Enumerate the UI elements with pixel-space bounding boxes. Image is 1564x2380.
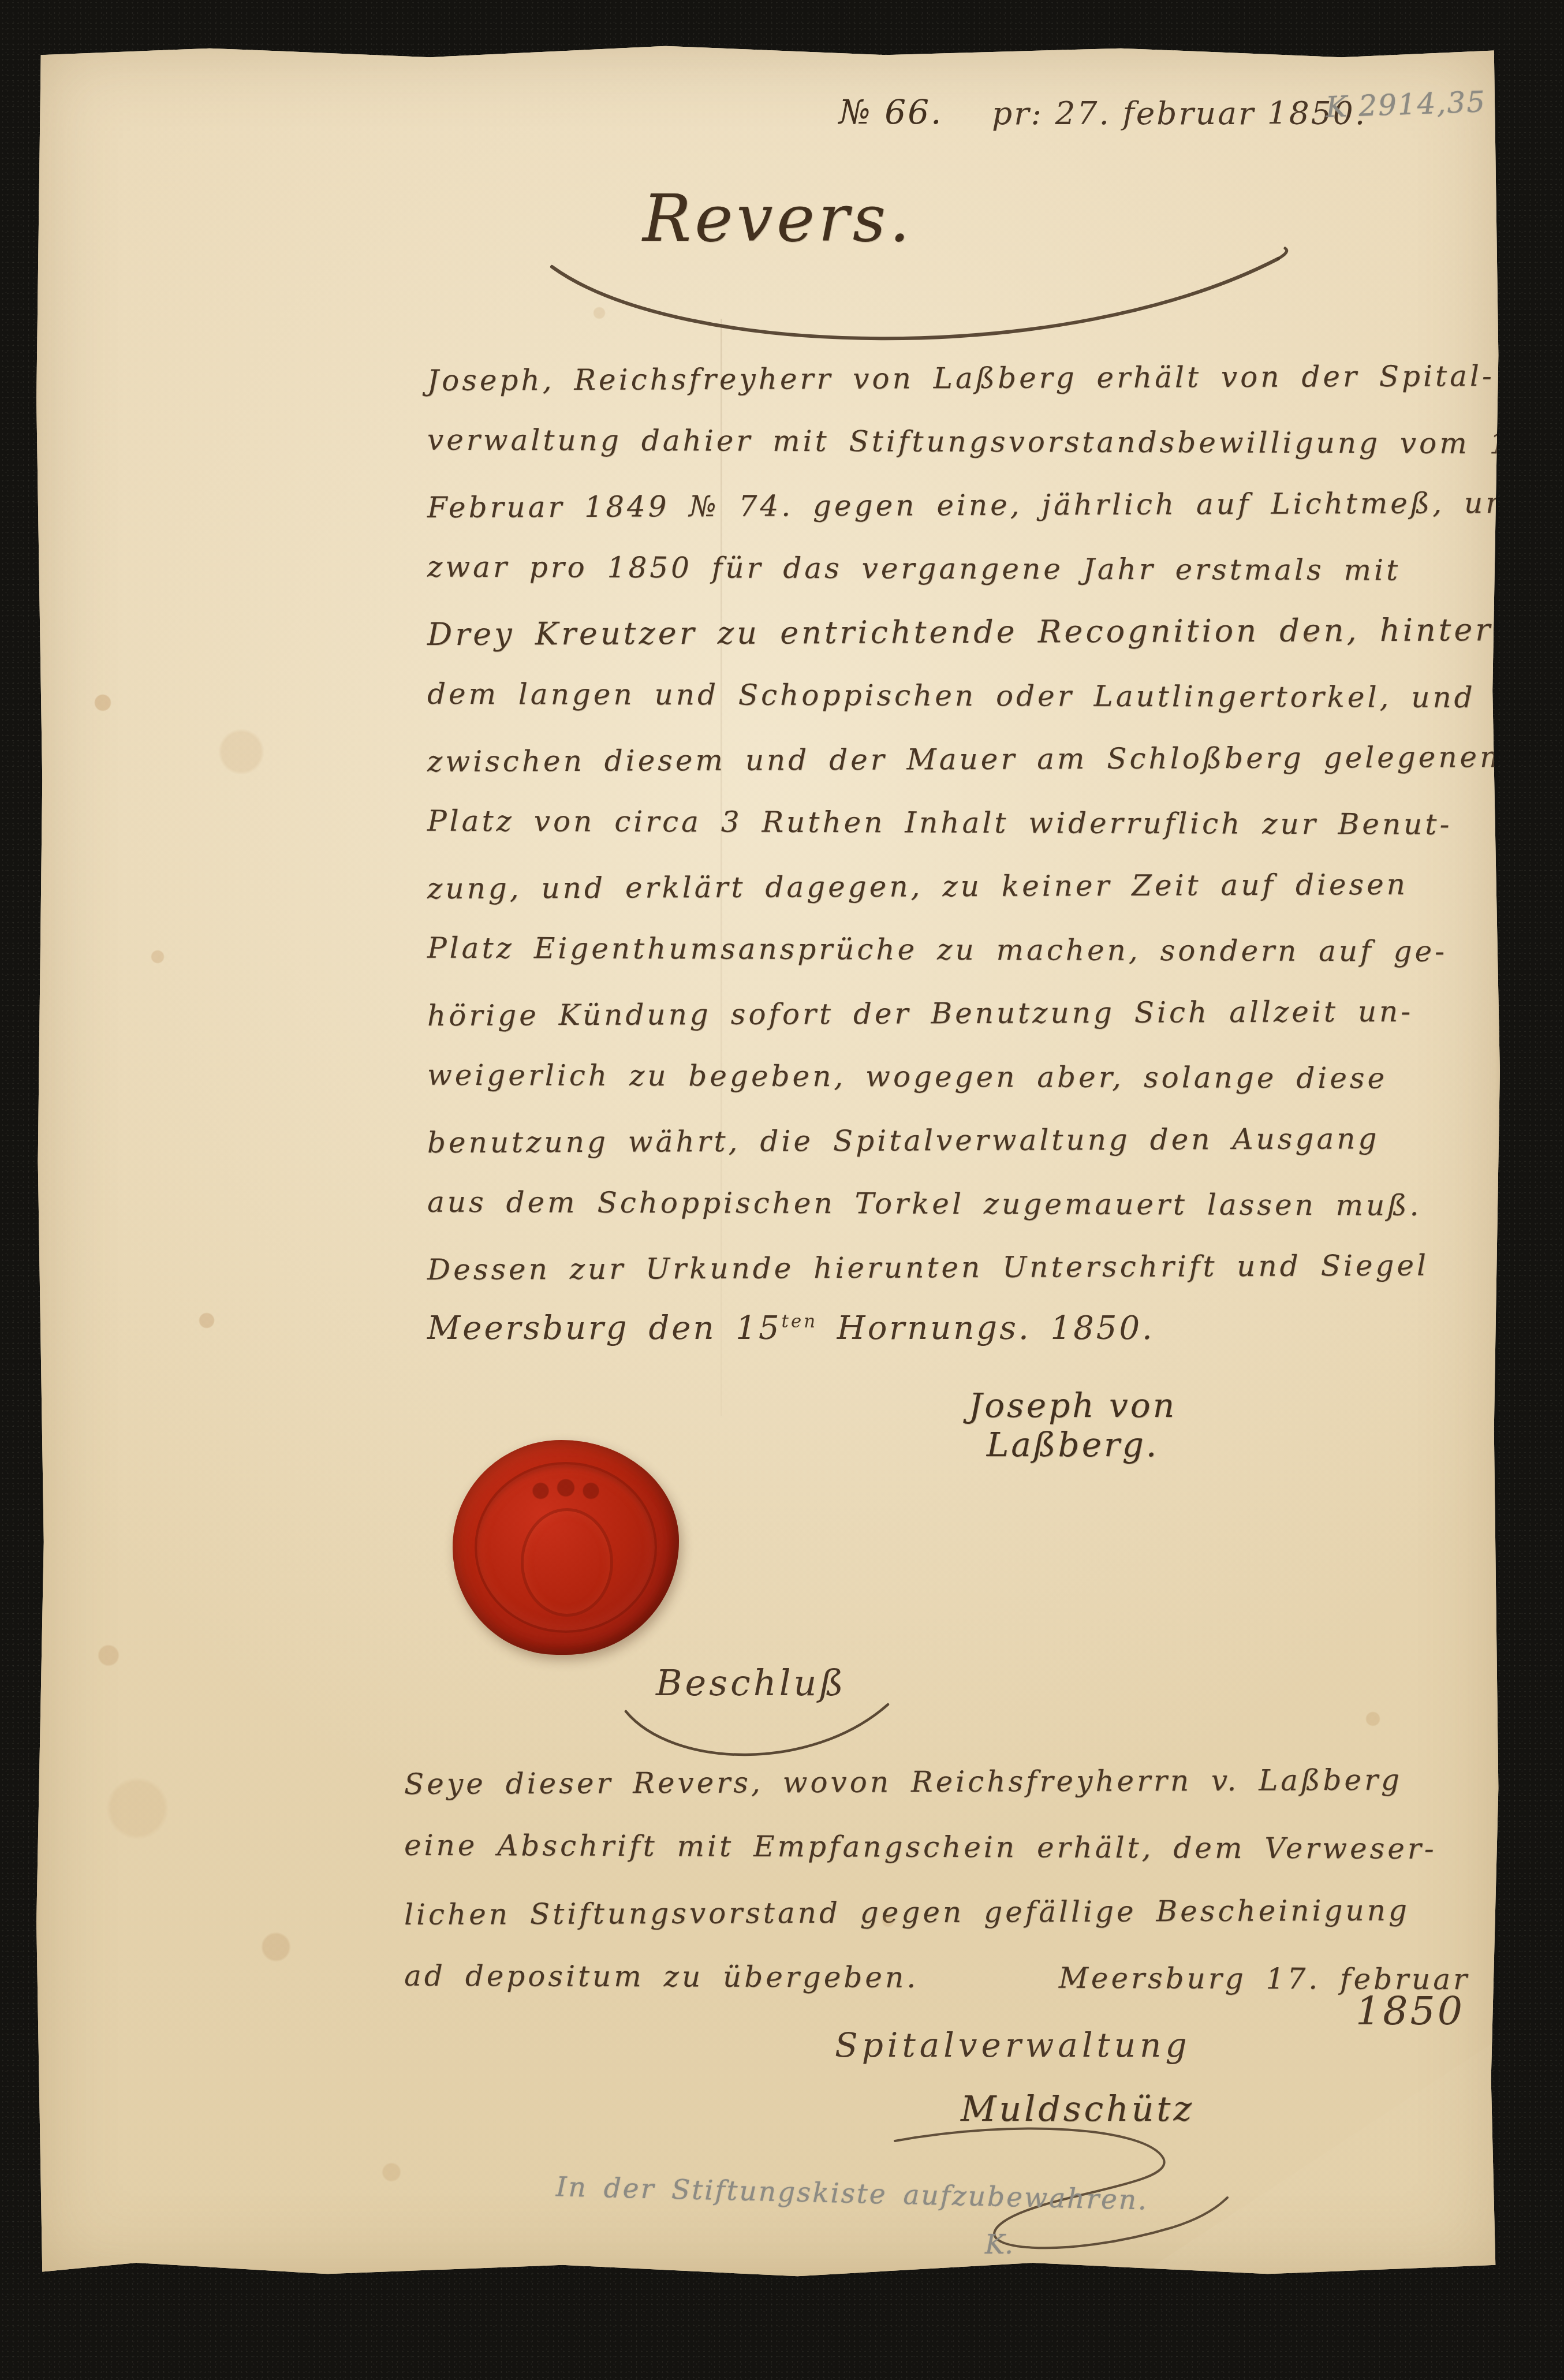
manuscript-line: Seye dieser Revers, wovon Reichsfreyherr… — [404, 1747, 1470, 1817]
document-page: № 66. pr: 27. februar 1850. K 2914,35 Re… — [33, 42, 1503, 2281]
pencil-archive-reference: K 2914,35 — [1325, 85, 1487, 124]
office-name: Spitalverwaltung — [835, 2025, 1191, 2065]
signature-administrator: Muldschütz — [961, 2089, 1195, 2129]
manuscript-line: verwaltung dahier mit Stiftungsvorstands… — [427, 408, 1513, 476]
manuscript-line: zung, und erklärt dagegen, zu keiner Zei… — [427, 852, 1513, 920]
registry-number: № 66. — [839, 92, 943, 132]
place-date-prefix: Meersburg den 15 — [427, 1310, 782, 1347]
place-date-suffix: Hornungs. 1850. — [818, 1310, 1155, 1347]
resolution-heading: Beschluß — [656, 1662, 846, 1704]
resolution-paragraph: Seye dieser Revers, wovon Reichsfreyherr… — [404, 1749, 1470, 2010]
manuscript-line: benutzung währt, die Spitalverwaltung de… — [427, 1106, 1513, 1174]
manuscript-line: Platz von circa 3 Ruthen Inhalt widerruf… — [427, 789, 1513, 857]
manuscript-line: hörige Kündung sofort der Benutzung Sich… — [427, 979, 1513, 1047]
manuscript-line: eine Abschrift mit Empfangschein erhält,… — [404, 1813, 1470, 1882]
manuscript-line: Joseph, Reichsfreyherr von Laßberg erhäl… — [427, 344, 1513, 412]
pencil-initial: K. — [985, 2229, 1013, 2260]
resolution-closing: ad depositum zu übergeben. — [404, 1943, 919, 2010]
manuscript-line: weigerlich zu begeben, wogegen aber, sol… — [427, 1043, 1513, 1111]
manuscript-line: Drey Kreutzer zu entrichtende Recognitio… — [427, 598, 1513, 666]
seal-crest-shield — [521, 1508, 613, 1617]
manuscript-line: Platz Eigenthumsansprüche zu machen, son… — [427, 916, 1513, 984]
manuscript-line: ad depositum zu übergeben. Meersburg 17.… — [404, 1943, 1470, 2012]
manuscript-line: Dessen zur Urkunde hierunten Unterschrif… — [427, 1233, 1513, 1301]
resolution-year: 1850 — [1356, 1989, 1465, 2034]
manuscript-line: lichen Stiftungsvorstand gegen gefällige… — [404, 1878, 1470, 1948]
seal-crown-icon — [527, 1478, 605, 1504]
place-date-line: Meersburg den 15ten Hornungs. 1850. — [427, 1310, 1155, 1347]
signature-lassberg: Joseph von Laßberg. — [882, 1386, 1263, 1464]
manuscript-line: Februar 1849 № 74. gegen eine, jährlich … — [427, 471, 1513, 539]
red-wax-seal — [453, 1440, 679, 1655]
body-paragraph: Joseph, Reichsfreyherr von Laßberg erhäl… — [427, 346, 1513, 1299]
manuscript-line: zwischen diesem und der Mauer am Schloßb… — [427, 725, 1513, 793]
manuscript-line: zwar pro 1850 für das vergangene Jahr er… — [427, 535, 1513, 603]
manuscript-line: aus dem Schoppischen Torkel zugemauert l… — [427, 1170, 1513, 1238]
place-date-ordinal: ten — [782, 1311, 818, 1332]
scan-background: № 66. pr: 27. februar 1850. K 2914,35 Re… — [0, 0, 1564, 2380]
document-title: Revers. — [643, 181, 913, 256]
pencil-filing-note: In der Stiftungskiste aufzubewahren. — [556, 2171, 1149, 2216]
header-annotations: № 66. pr: 27. februar 1850. K 2914,35 — [33, 70, 1503, 180]
manuscript-line: dem langen und Schoppischen oder Lautlin… — [427, 662, 1513, 730]
presentation-date-note: pr: 27. februar 1850. — [992, 95, 1367, 132]
